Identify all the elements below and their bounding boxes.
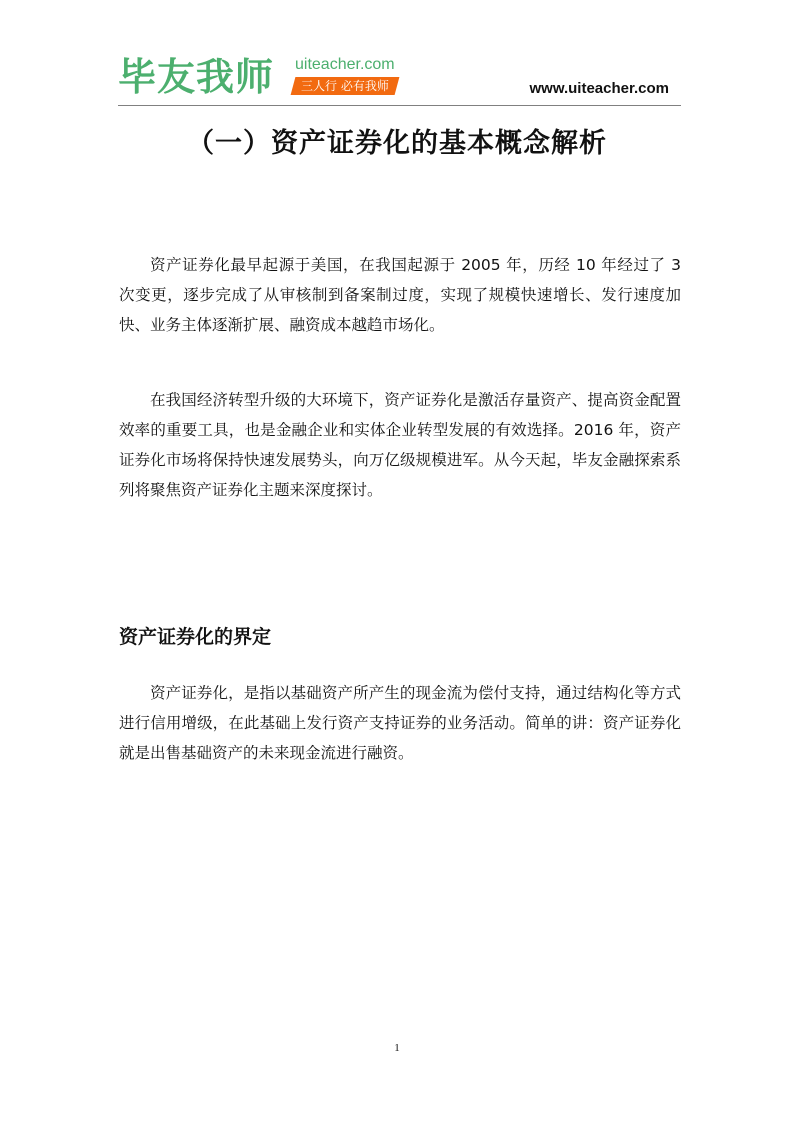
- page-number: 1: [0, 1042, 794, 1054]
- section-heading: 资产证券化的界定: [119, 622, 271, 649]
- brand-logo-text: 毕友我师: [118, 54, 274, 100]
- header-divider: [118, 105, 681, 106]
- paragraph-definition: 资产证券化，是指以基础资产所产生的现金流为偿付支持，通过结构化等方式进行信用增级…: [119, 678, 681, 768]
- brand-slogan-badge: 三人行 必有我师: [291, 77, 400, 95]
- site-url: www.uiteacher.com: [530, 80, 670, 97]
- page-header: 毕友我师 uiteacher.com 三人行 必有我师 www.uiteache…: [118, 52, 681, 106]
- paragraph-intro-history: 资产证券化最早起源于美国，在我国起源于 2005 年，历经 10 年经过了 3 …: [119, 250, 681, 340]
- brand-logo-domain: uiteacher.com: [295, 56, 395, 74]
- brand-slogan-text: 三人行 必有我师: [301, 77, 389, 95]
- document-title: （一）资产证券化的基本概念解析: [0, 121, 794, 160]
- paragraph-intro-context: 在我国经济转型升级的大环境下，资产证券化是激活存量资产、提高资金配置效率的重要工…: [119, 385, 681, 505]
